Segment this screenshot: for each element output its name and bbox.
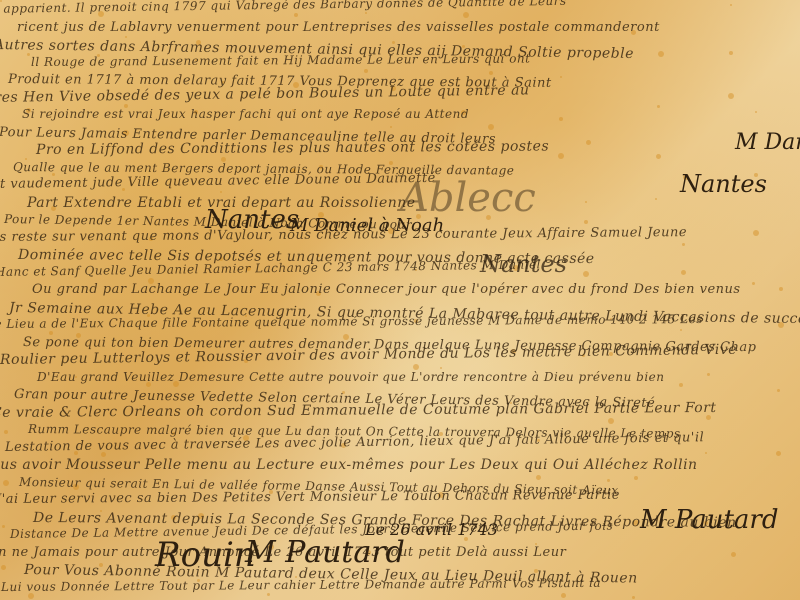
heading-m-daniel-right: M Daniel bbox=[735, 130, 800, 155]
signature-m-pautard: M Pautard bbox=[245, 535, 405, 570]
heading-nantes-right: Nantes bbox=[680, 170, 767, 198]
manuscript-line: D'Eau grand Veuillez Demesure Cette autr… bbox=[37, 370, 665, 384]
signature-rouin: Rouin bbox=[155, 535, 256, 575]
manuscript-line: Vous avoir Mousseur Pelle menu au Lectur… bbox=[0, 457, 698, 473]
manuscript-line: Ou grand par Lachange Le Jour Eu jalonie… bbox=[32, 282, 741, 297]
manuscript-line: ricent jus de Lablavry venuerment pour L… bbox=[17, 20, 660, 35]
manuscript-line: ll Rouge de grand Lusenement fait en Hij… bbox=[31, 51, 531, 68]
heading-m-daniel: M Daniel à Noah bbox=[290, 215, 444, 236]
manuscript-line: Si rejoindre est vrai Jeux hasper fachi … bbox=[22, 107, 469, 121]
date-line: Le 26 avril 1743 bbox=[365, 520, 498, 539]
heading-nantes: Nantes bbox=[205, 205, 299, 235]
heading-nantes-second: Nantes bbox=[480, 250, 567, 278]
signature-m-pautard-right: M Pautard bbox=[640, 505, 778, 535]
